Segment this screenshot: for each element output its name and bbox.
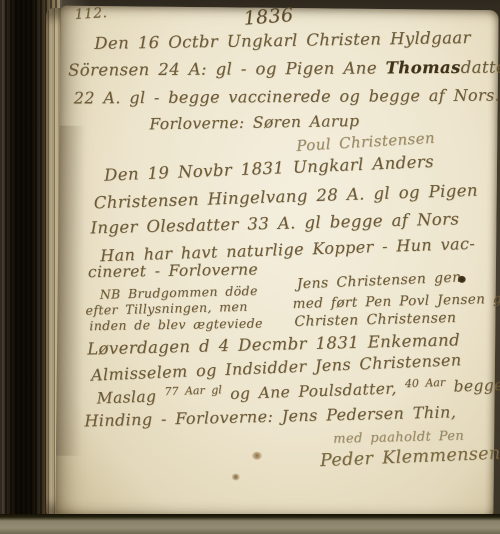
paper-stain [252,452,262,460]
record-1-overwritten-name: Thomas [386,58,461,78]
record-2-line-1: Den 19 Novbr 1831 Ungkarl Anders [104,152,435,185]
page-number: 112. [74,5,108,23]
paper-stain [232,473,240,480]
record-1-line-2-post: datter [461,57,500,76]
book-bottom-edge [0,514,500,534]
record-1-line-3: 22 A. gl - begge vaccinerede og begge af… [74,86,500,108]
record-2-line-3: Inger Olesdatter 33 A. gl begge af Nors [90,209,459,237]
record-3-line-3-mid: og Ane Poulsdatter, [222,379,406,403]
record-1-signature: Poul Christensen [296,129,436,155]
record-1-line-1: Den 16 Octbr Ungkarl Christen Hyldgaar [94,28,471,53]
record-3-line-3-pre: Maslag [96,387,164,407]
record-2-nb-note-line-2: efter Tillysningen, men [85,299,248,318]
record-2-line-2: Christensen Hingelvang 28 A. gl og Pigen [93,181,478,213]
year-heading: 1836 [243,4,295,30]
record-3-line-3-post: begge af [445,375,500,396]
record-3-pen-note: med paaholdt Pen [333,429,464,447]
record-1-witnesses: Forloverne: Søren Aarup [149,112,359,133]
scanned-register-photo: 112. 1836 Den 16 Octbr Ungkarl Christen … [0,0,500,534]
record-2-nb-note-line-3: inden de blev ægteviede [89,316,263,334]
record-2-witness-1: Jens Christensen gen [297,270,462,293]
record-2-witness-2: med ført Pen Povl Jensen gen [292,291,500,313]
record-2-witness-3: Christen Christensen [294,310,456,330]
gutter-shadow [56,126,85,456]
register-page: 112. 1836 Den 16 Octbr Ungkarl Christen … [55,6,498,521]
record-2-line-4: Han har havt naturlige Kopper - Hun vac- [100,234,475,265]
record-3-signature: Peder Klemmensen [320,444,500,472]
record-3-age-insert-bride: 40 Aar [405,376,446,390]
record-1-line-2-pre: Sörensen 24 A: gl - og Pigen Ane [68,58,386,79]
record-3-witnesses: Hinding - Forloverne: Jens Pedersen Thin… [84,402,456,430]
record-3-age-insert-groom: 77 Aar gl [164,383,222,398]
record-1-line-2: Sörensen 24 A: gl - og Pigen Ane Thomasd… [68,57,500,79]
record-2-line-5: cineret - Forloverne [88,260,258,281]
ink-blot [458,276,466,283]
